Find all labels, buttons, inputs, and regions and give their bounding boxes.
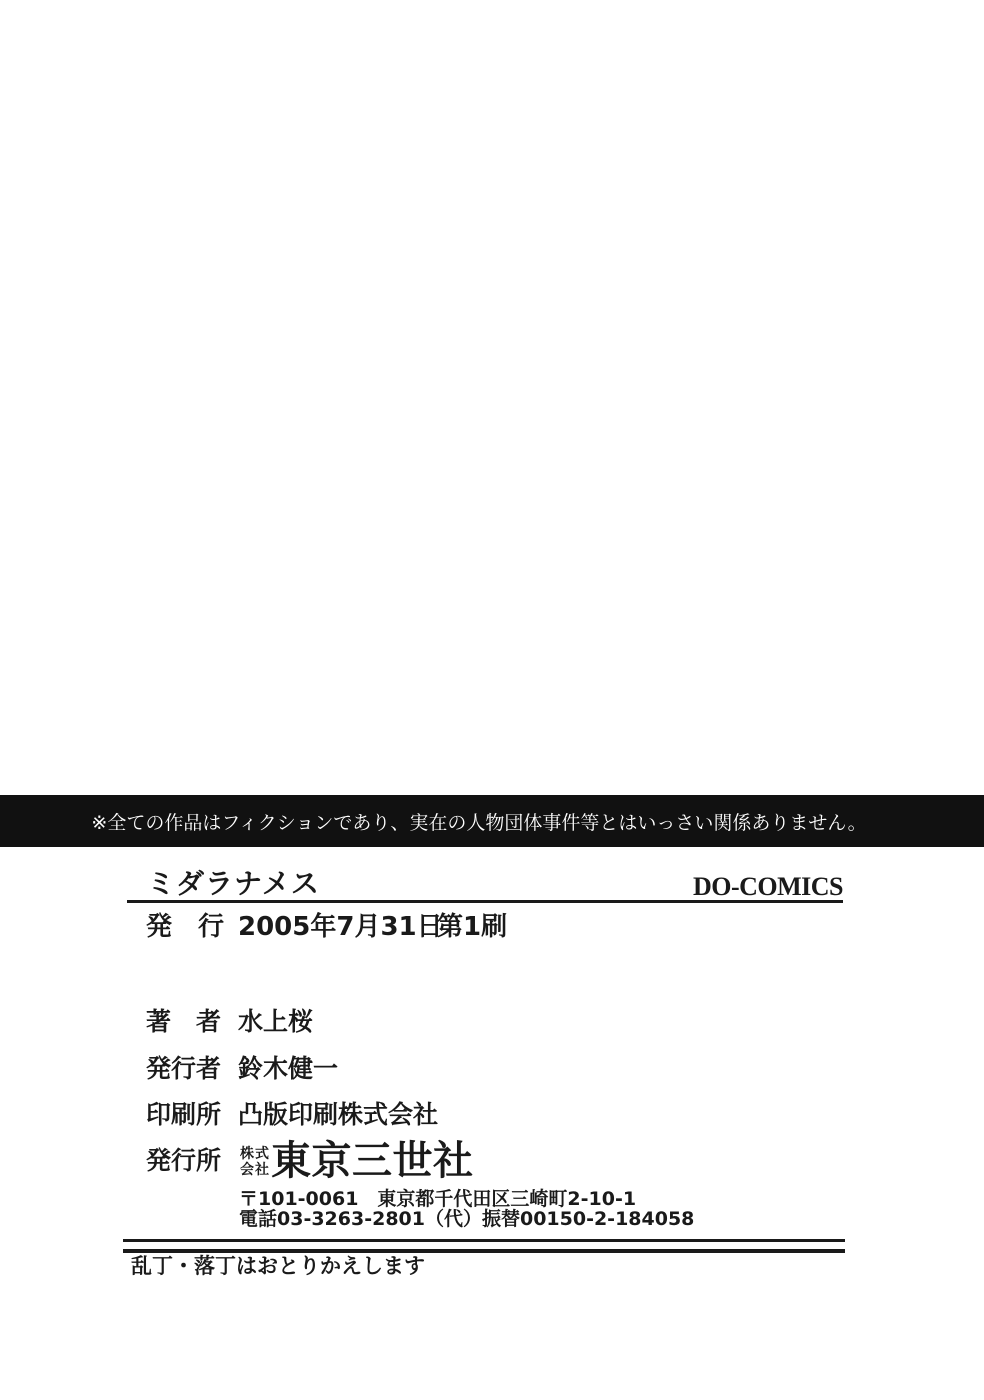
company-prefix-top: 株式 [240,1147,270,1163]
issue-date: 2005年7月31日 [238,914,443,940]
colophon-page: ※全ての作品はフィクションであり、実在の人物団体事件等とはいっさい関係ありません… [0,0,984,1400]
printer-name: 凸版印刷株式会社 [238,1102,438,1127]
issuer-label: 発行者 [146,1056,221,1081]
bottom-rule-thick [123,1249,845,1253]
replacement-note: 乱丁・落丁はおとりかえします [131,1256,425,1277]
company-prefix-bottom: 会社 [240,1163,270,1179]
imprint-label: DO-COMICS [693,874,843,900]
issuer-name: 鈴木健一 [238,1056,338,1081]
issue-printing-number: 第1刷 [437,914,507,940]
disclaimer-text: ※全ての作品はフィクションであり、実在の人物団体事件等とはいっさい関係ありません… [91,808,866,835]
issue-row-label: 発 行 [146,914,224,940]
author-label: 著 者 [146,1009,221,1034]
title-underline-rule [127,900,843,903]
book-title: ミダラナメス [147,870,320,898]
publisher-label: 発行所 [146,1148,221,1173]
publisher-address: 〒101-0061 東京都千代田区三崎町2-10-1 [239,1190,636,1209]
publisher-phone-and-transfer: 電話03-3263-2801（代）振替00150-2-184058 [239,1210,694,1229]
author-name: 水上桜 [238,1009,313,1034]
bottom-rule-thin [123,1239,845,1242]
disclaimer-banner: ※全ての作品はフィクションであり、実在の人物団体事件等とはいっさい関係ありません… [0,795,984,847]
company-type-prefix: 株式 会社 [240,1147,270,1178]
printer-label: 印刷所 [146,1102,221,1127]
publisher-company-name: 東京三世社 [271,1141,474,1181]
